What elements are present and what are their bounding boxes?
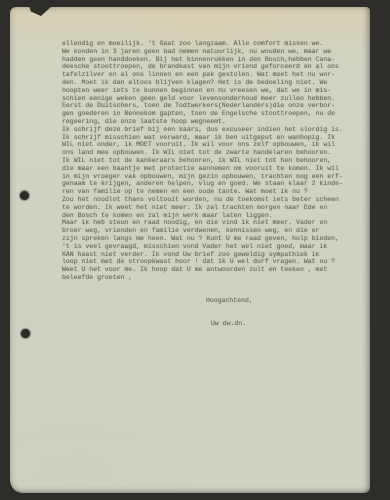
letter-line: zijn spreken langs me heen. Wat nu ? Kun…	[62, 235, 358, 243]
closing-signature: Uw dw.dn.	[211, 320, 253, 328]
letter-line: gen goederen in Bennekom gapten, toen de…	[62, 110, 358, 118]
letter-line: Ik WIL niet tot de kankeraars behooren, …	[62, 157, 358, 165]
letter-line: den. Moet ik dan altoos blijven klagen? …	[62, 79, 358, 87]
letter-line: hoopten weer iets te kunnen beginnen en …	[62, 87, 358, 95]
letter-line: ellendig en moeilijk. 't Gaat zoo langza…	[62, 40, 358, 48]
letter-line: Maar ik heb steun en raad noodig, en die…	[62, 219, 358, 227]
letter-line: 't is veel gevraagd, misschien vond Vade…	[62, 243, 358, 251]
letter-line: tafelzilver en al ons linnen en een pak …	[62, 71, 358, 79]
letter-line: broer weg, vrienden en familie verdwenen…	[62, 227, 358, 235]
letter-line: regeering, die onze laatste hoop wegneem…	[62, 118, 358, 126]
letter-line: loop niet met de stroopkwast hoor ! dat …	[62, 258, 358, 266]
punch-hole-bottom	[21, 329, 30, 338]
letter-closing: Hoogachtend, Uw dw.dn.	[206, 281, 253, 343]
letter-line: ren van familie op te nemen en een oude …	[62, 188, 358, 196]
punch-hole-top	[20, 191, 29, 200]
letter-body: ellendig en moeilijk. 't Gaat zoo langza…	[62, 40, 358, 282]
letter-line: Zou het noodlot thans voltooit worden, n…	[62, 196, 358, 204]
letter-line: Eerst de Duitschers, toen de Todtwerkers…	[62, 102, 358, 110]
letter-line: genaam te krijgen, anderen helpen, vlug …	[62, 180, 358, 188]
letter-line: Ik schrijf deze brief bij een kaars, dus…	[62, 126, 358, 134]
letter-line: ons land mee opbouwen. Ik WIL niet tot d…	[62, 149, 358, 157]
letter-page: ellendig en moeilijk. 't Gaat zoo langza…	[10, 7, 370, 493]
scan-background: ellendig en moeilijk. 't Gaat zoo langza…	[0, 0, 390, 500]
letter-line: die maar een baantje met protectie aanne…	[62, 165, 358, 173]
letter-line: te worden. Ik weet het niet meer. Ik zal…	[62, 204, 358, 212]
corner-notch	[29, 6, 52, 16]
letter-line: Weet U het voor me. Ik hoop dat U me ant…	[62, 266, 358, 274]
closing-salutation: Hoogachtend,	[206, 297, 253, 305]
letter-line: WIL niet onder, ik MOET vooruit. Ik wil …	[62, 141, 358, 149]
letter-line: We konden in 3 jaren geen bad nemen natu…	[62, 48, 358, 56]
